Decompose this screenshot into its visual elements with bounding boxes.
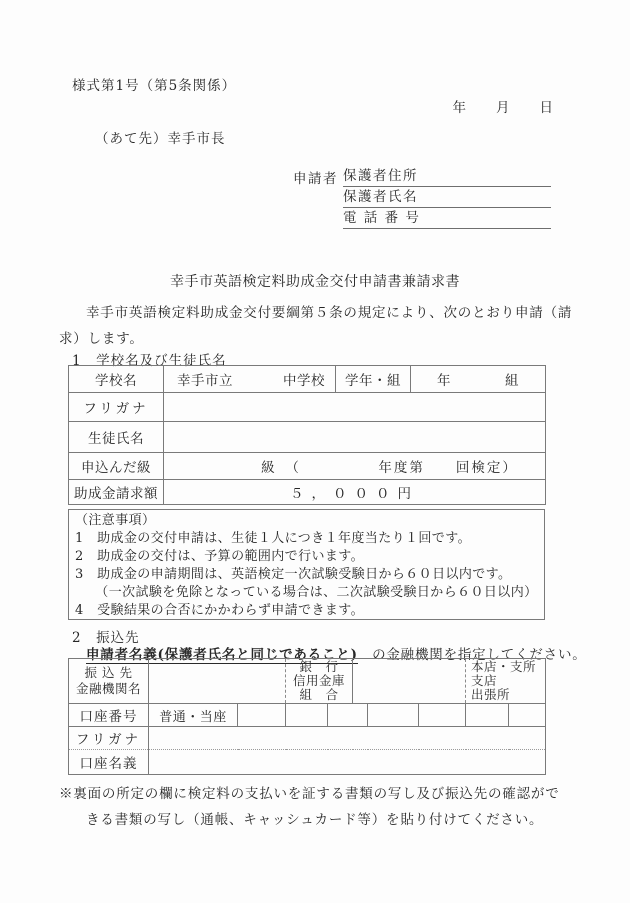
branch-type-options: 本店・支所 支店 出張所 [466,659,546,704]
branch-type-honten: 本店・支所 [471,660,543,674]
school-name-label: 学校名 [69,366,164,393]
bank-type-shinkin: 信用金庫 [292,674,346,688]
date-line: 年 月 日 [453,96,555,116]
phone-number-field: 電 話 番 号 [343,208,551,229]
year-suffix: 年 [437,369,451,389]
intro-line-1: 幸手市英語検定料助成金交付要綱第５条の規定により、次のとおり申請（請 [59,300,579,326]
furigana-input-area [164,393,546,422]
note-item-1: 1 助成金の交付申請は、生徒１人につき１年度当たり１回です。 [75,530,542,548]
note-item-3: 3 助成金の申請期間は、英語検定一次試験受験日から６０日以内です。 [75,566,542,584]
applied-level-cell: 級 （ 年度第 回検定） [164,453,546,480]
footer-note-line-1: ※裏面の所定の欄に検定料の支払いを証する書類の写し及び振込先の確認がで [59,781,579,807]
school-suffix: 中学校 [283,369,325,389]
bank-name-input-area [149,659,286,704]
footer-note: ※裏面の所定の欄に検定料の支払いを証する書類の写し及び振込先の確認がで きる書類… [59,781,579,833]
account-digit-cell [368,704,419,727]
account-holder-label: 口座名義 [69,750,149,775]
bank-transfer-table: 振 込 先 金融機関名 銀 行 信用金庫 組 合 本店・支所 支店 出張所 口座… [68,658,546,775]
account-furigana-input-area [149,727,546,750]
addressee: （あて先）幸手市長 [95,127,226,147]
student-name-label: 生徒氏名 [69,422,164,453]
branch-type-shucchoujo: 出張所 [471,688,543,702]
account-digit-cell [419,704,466,727]
bank-type-options: 銀 行 信用金庫 組 合 [286,659,353,704]
school-name-cell: 幸手市立 中学校 [164,366,336,393]
notes-heading: （注意事項） [75,512,542,530]
account-digit-cell [286,704,328,727]
note-item-2: 2 助成金の交付は、予算の範囲内で行います。 [75,548,542,566]
account-digit-cell [238,704,286,727]
guardian-address-field: 保護者住所 [343,166,551,187]
payee-bank-label-line2: 金融機関名 [69,681,148,697]
bank-type-bank: 銀 行 [292,660,346,674]
guardian-name-field: 保護者氏名 [343,187,551,208]
applicant-block: 申請者 保護者住所 保護者氏名 電 話 番 号 [293,166,551,229]
applied-level-label: 申込んだ級 [69,453,164,480]
branch-type-shiten: 支店 [471,674,543,688]
note-item-4: 4 受験結果の合否にかかわらず申請できます。 [75,602,542,620]
account-number-label: 口座番号 [69,704,149,727]
application-form-page: 様式第1号（第5条関係） 年 月 日 （あて先）幸手市長 申請者 保護者住所 保… [0,0,630,903]
grade-class-label: 学年・組 [336,366,411,393]
account-holder-input-area [149,750,546,775]
payee-bank-label-line1: 振 込 先 [69,665,148,681]
school-prefix: 幸手市立 [177,369,233,389]
account-digit-cell [509,704,546,727]
student-name-input-area [164,422,546,453]
branch-name-input-area [353,659,466,704]
payee-bank-label: 振 込 先 金融機関名 [69,659,149,704]
bank-type-kumiai: 組 合 [292,688,346,702]
form-number: 様式第1号（第5条関係） [72,74,236,94]
subsidy-amount-value: ５，０００円 [164,480,546,505]
student-info-table: 学校名 幸手市立 中学校 学年・組 年 組 フリガナ 生徒氏名 [68,365,546,505]
intro-paragraph: 幸手市英語検定料助成金交付要綱第５条の規定により、次のとおり申請（請 求）します… [59,300,579,352]
applicant-fields: 保護者住所 保護者氏名 電 話 番 号 [343,166,551,229]
account-furigana-label: フリガナ [69,727,149,750]
grade-class-cell: 年 組 [411,366,546,393]
account-type-options: 普通・当座 [149,704,238,727]
note-item-3-continued: （一次試験を免除となっている場合は、二次試験受験日から６０日以内） [75,584,542,602]
footer-note-line-2: きる書類の写し（通帳、キャッシュカード等）を貼り付けてください。 [59,807,579,833]
furigana-label: フリガナ [69,393,164,422]
account-digit-cell [466,704,509,727]
notes-box: （注意事項） 1 助成金の交付申請は、生徒１人につき１年度当たり１回です。 2 … [68,509,545,620]
account-digit-cell [328,704,368,727]
document-title: 幸手市英語検定料助成金交付申請書兼請求書 [0,271,630,291]
applicant-label: 申請者 [293,166,343,229]
class-suffix: 組 [505,369,519,389]
subsidy-amount-label: 助成金請求額 [69,480,164,505]
